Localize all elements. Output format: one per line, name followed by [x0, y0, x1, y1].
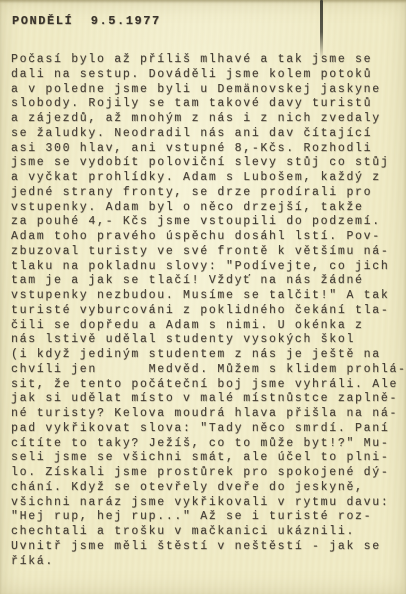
text-line: vstupenky. Adam byl o něco drzejší, takž… [11, 201, 405, 216]
text-line: vstupenky nezbudou. Musíme se talčit!" A… [11, 289, 405, 304]
paper-top-edge-shading [0, 0, 406, 3]
text-line: říká. [11, 555, 405, 570]
text-line: dali na sestup. Dováděli jsme kolem poto… [11, 68, 405, 83]
text-line: jedné strany fronty, se drze prodírali p… [11, 186, 405, 201]
text-line: chvíli jen Medvěd. Můžem s klidem prohlá… [11, 363, 405, 378]
text-line: slobody. Rojily se tam takové davy turis… [11, 97, 405, 112]
text-line: se žaludky. Neodradil nás ani dav čítají… [11, 127, 405, 142]
text-line: tlaku na pokladnu slovy: "Podívejte, co … [11, 260, 405, 275]
diary-body: Počasí bylo až příliš mlhavé a tak jsme … [11, 53, 405, 569]
text-line: tam je a jak se tlačí! Vždyť na nás žádn… [11, 274, 405, 289]
text-line: a zájezdů, až mnohým z nás i z nich zved… [11, 112, 405, 127]
text-line: zbuzoval turisty ve své frontě k většímu… [11, 245, 405, 260]
text-line: čili se dopředu a Adam s nimi. U okénka … [11, 319, 405, 334]
text-line: chání. Když se otevřely dveře do jeskyně… [11, 481, 405, 496]
text-line: "Hej rup, hej rup..." Až se i turisté ro… [11, 510, 405, 525]
entry-date-heading: PONDĚLÍ 9.5.1977 [12, 14, 161, 28]
text-line: jak si udělat místo v malé místnůstce za… [11, 392, 405, 407]
text-line: jsme se vydobít poloviční slevy stůj co … [11, 156, 405, 171]
text-line: seli jsme se všichni smát, ale účel to p… [11, 451, 405, 466]
text-line: a vyčkat prohlídky. Adam s Lubošem, každ… [11, 171, 405, 186]
text-line: né turisty? Kelova moudrá hlava přišla n… [11, 407, 405, 422]
text-line: nás lstivě udělal studenty vysokých škol [11, 333, 405, 348]
text-line: chechtali a trošku v mačkanici ukáznili. [11, 525, 405, 540]
text-line: turisté vyburcováni z poklidného čekání … [11, 304, 405, 319]
text-line: všichni naráz jsme vykřikovali v rytmu d… [11, 496, 405, 511]
text-line: Počasí bylo až příliš mlhavé a tak jsme … [11, 53, 405, 68]
text-line: a v poledne jsme byli u Demänovskej jask… [11, 83, 405, 98]
scan-line-artifact [320, 0, 323, 58]
text-line: za pouhé 4,- Kčs jsme vstoupili do podze… [11, 215, 405, 230]
text-line: (i když jediným studentem z nás je ještě… [11, 348, 405, 363]
typewritten-diary-page: PONDĚLÍ 9.5.1977 Počasí bylo až příliš m… [0, 0, 406, 594]
text-line: asi 300 hlav, ani vstupné 8,-Kčs. Rozhod… [11, 142, 405, 157]
text-line: lo. Získali jsme prostůrek pro spokojené… [11, 466, 405, 481]
text-line: cítíte to taky? Ježíš, co to může byt!?"… [11, 437, 405, 452]
text-line: Adam toho pravého úspěchu dosáhl lstí. P… [11, 230, 405, 245]
text-line: pad vykřikovat slova: "Tady něco smrdí. … [11, 422, 405, 437]
text-line: Uvnitř jsme měli štěstí v neštěstí - jak… [11, 540, 405, 555]
text-line: sit, že tento počáteční boj jsme vyhráli… [11, 378, 405, 393]
